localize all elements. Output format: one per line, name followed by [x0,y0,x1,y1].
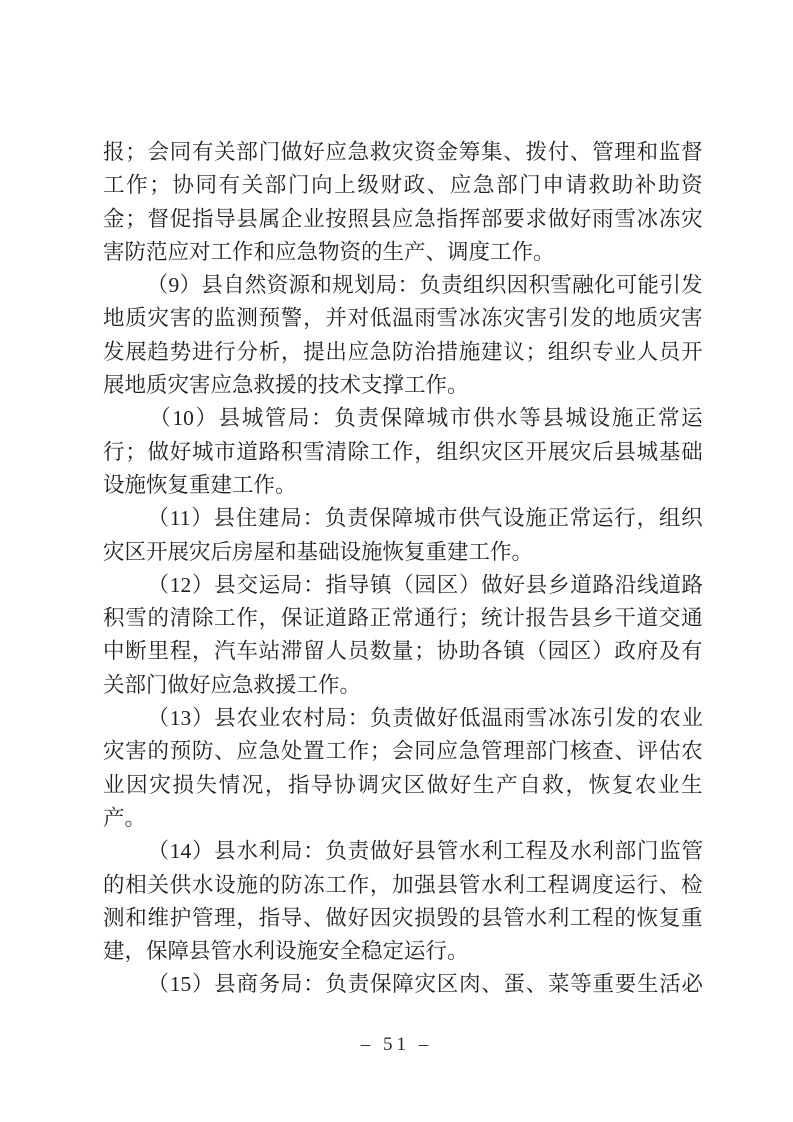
text-line: 灾区开展灾后房屋和基础设施恢复重建工作。 [103,536,703,569]
text-line: 报；会同有关部门做好应急救灾资金筹集、拨付、管理和监督 [103,136,703,169]
text-line: 产。 [103,802,703,835]
text-line: 测和维护管理，指导、做好因灾损毁的县管水利工程的恢复重 [103,902,703,935]
text-line: 积雪的清除工作，保证道路正常通行；统计报告县乡干道交通 [103,602,703,635]
text-line: 设施恢复重建工作。 [103,469,703,502]
text-line: （11）县住建局：负责保障城市供气设施正常运行，组织 [103,502,703,535]
text-line: 地质灾害的监测预警，并对低温雨雪冰冻灾害引发的地质灾害 [103,302,703,335]
text-line: 发展趋势进行分析，提出应急防治措施建议；组织专业人员开 [103,336,703,369]
text-line: 的相关供水设施的防冻工作，加强县管水利工程调度运行、检 [103,869,703,902]
text-line: 金；督促指导县属企业按照县应急指挥部要求做好雨雪冰冻灾 [103,203,703,236]
text-line: 工作；协同有关部门向上级财政、应急部门申请救助补助资 [103,169,703,202]
document-body: 报；会同有关部门做好应急救灾资金筹集、拨付、管理和监督工作；协同有关部门向上级财… [103,136,703,1002]
text-line: 害防范应对工作和应急物资的生产、调度工作。 [103,236,703,269]
text-line: 建，保障县管水利设施安全稳定运行。 [103,935,703,968]
text-line: 业因灾损失情况，指导协调灾区做好生产自救，恢复农业生 [103,769,703,802]
text-line: 灾害的预防、应急处置工作；会同应急管理部门核查、评估农 [103,735,703,768]
text-line: 关部门做好应急救援工作。 [103,669,703,702]
document-page: 报；会同有关部门做好应急救灾资金筹集、拨付、管理和监督工作；协同有关部门向上级财… [0,0,793,1122]
text-line: （9）县自然资源和规划局：负责组织因积雪融化可能引发 [103,269,703,302]
text-line: （13）县农业农村局：负责做好低温雨雪冰冻引发的农业 [103,702,703,735]
text-line: （12）县交运局：指导镇（园区）做好县乡道路沿线道路 [103,569,703,602]
page-number: – 51 – [0,1030,793,1060]
text-line: 中断里程，汽车站滞留人员数量；协助各镇（园区）政府及有 [103,635,703,668]
text-line: 展地质灾害应急救援的技术支撑工作。 [103,369,703,402]
text-line: （10）县城管局：负责保障城市供水等县城设施正常运 [103,402,703,435]
text-line: （15）县商务局：负责保障灾区肉、蛋、菜等重要生活必 [103,968,703,1001]
text-line: （14）县水利局：负责做好县管水利工程及水利部门监管 [103,835,703,868]
text-line: 行；做好城市道路积雪清除工作，组织灾区开展灾后县城基础 [103,436,703,469]
